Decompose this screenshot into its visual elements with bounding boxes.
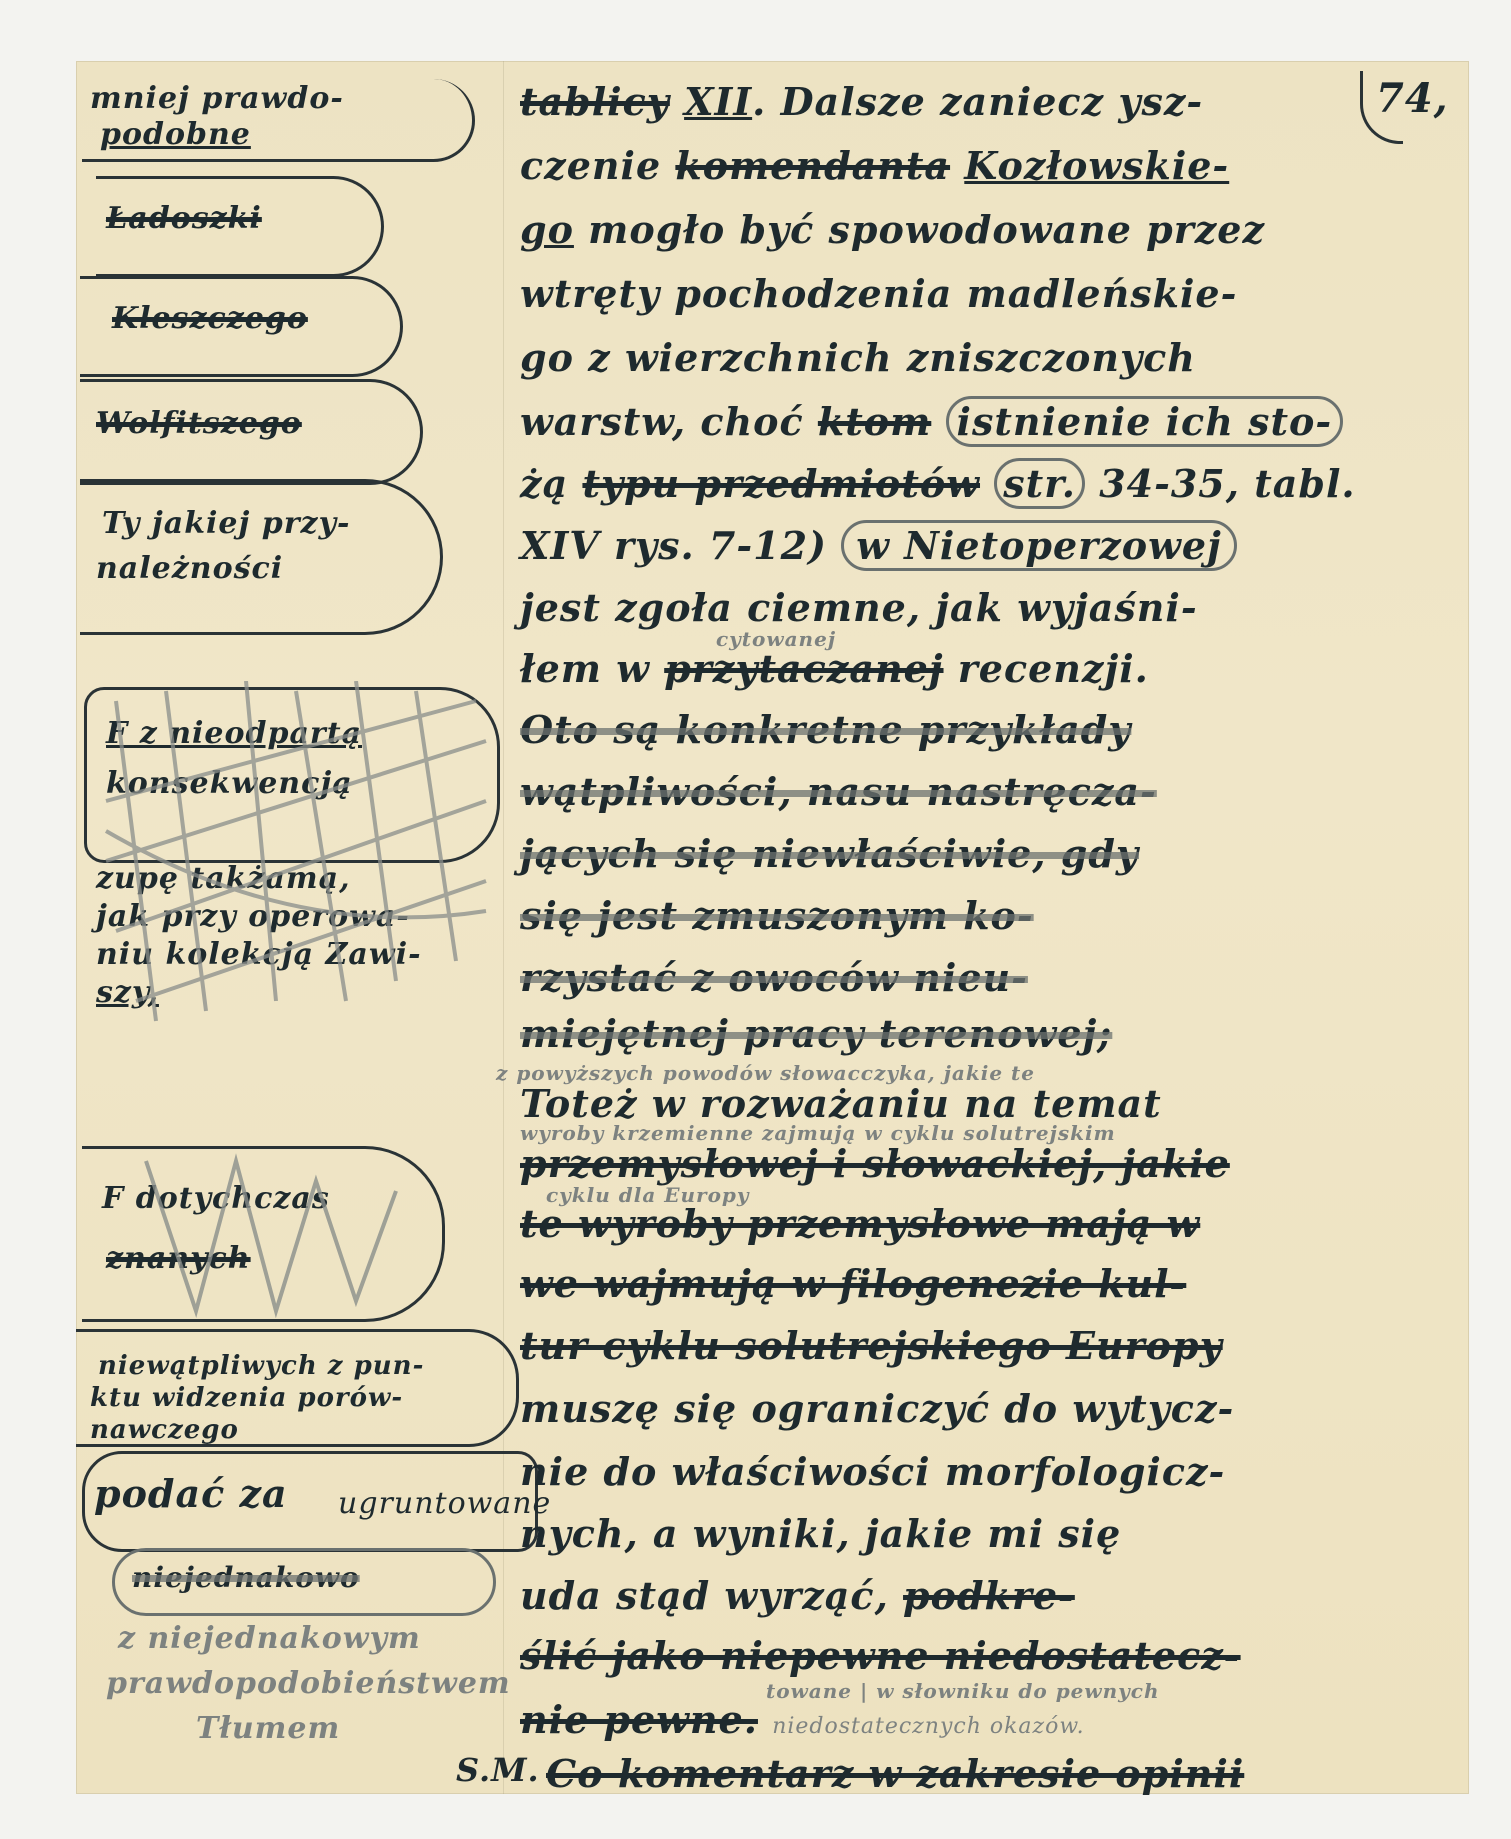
text-line-20: we wajmują w filogenezie kul- (520, 1261, 1186, 1306)
struck-phrase: nie pewne. (520, 1697, 758, 1742)
text-line-25: uda stąd wyrząć, podkre- (520, 1573, 1075, 1618)
text-line-15: rzystać z owoców nieu- (520, 955, 1028, 1000)
margin-note-11: niejednakowo (132, 1561, 360, 1594)
struck-word: podkre- (903, 1573, 1075, 1618)
text-line-13: jących się niewłaściwie, gdy (520, 831, 1139, 876)
struck-word: komendanta (675, 143, 950, 188)
text-fragment: żą (520, 461, 568, 506)
text-line-11: Oto są konkretne przykłady (520, 707, 1131, 752)
pencil-zigzag-scribble (136, 1151, 416, 1321)
text-line-22: muszę się ograniczyć do wytycz- (520, 1386, 1234, 1431)
margin-note-2: Ładoszki (106, 201, 262, 236)
circled-insertion: istnienie ich sto- (946, 396, 1344, 447)
margin-note-12-line2: prawdopodobieństwem (106, 1666, 511, 1701)
initials-signature: S.M. (456, 1751, 540, 1789)
margin-note-1-line2: podobne (100, 117, 251, 152)
margin-note-1: mniej prawdo- (90, 81, 344, 116)
text-line-4: wtręty pochodzenia madleńskie- (520, 271, 1237, 316)
margin-note-5-line2: należności (96, 551, 283, 586)
margin-note-5: Ty jakiej przy- (102, 506, 350, 541)
text-fragment: 34-35, tabl. (1099, 461, 1355, 506)
margin-note-9-line2: ktu widzenia porów- (90, 1383, 403, 1413)
manuscript-page: mniej prawdo- podobne Ładoszki Kleszczeg… (76, 61, 1469, 1794)
margin-note-12: z niejednakowym (118, 1621, 421, 1656)
underlined-word: Kozłowskie- (964, 143, 1229, 188)
text-line-12: wątpliwości, nasu nastręcza- (520, 769, 1157, 814)
text-fragment: warstw, choć (520, 399, 804, 444)
text-line-28: Co komentarz w zakresie opinii (546, 1751, 1244, 1796)
margin-note-10: podać za (94, 1471, 288, 1516)
margin-note-4: Wolfitszego (96, 406, 302, 441)
plate-number: XII (684, 79, 752, 124)
margin-note-3: Kleszczego (112, 301, 308, 336)
margin-note-12-line3: Tłumem (196, 1711, 340, 1746)
text-line-21: tur cyklu solutrejskiego Europy (520, 1323, 1223, 1368)
struck-word: ktom (818, 399, 931, 444)
struck-word: przytaczanej (664, 646, 943, 691)
pencil-crossout-scribble (96, 681, 496, 1041)
page-number-bracket (1360, 71, 1403, 144)
text-line-5: go z wierzchnich zniszczonych (520, 335, 1196, 380)
text-line-14: się jest zmuszonym ko- (520, 893, 1034, 938)
text-line-2: czenie komendanta Kozłowskie- (520, 143, 1229, 188)
margin-note-9: niewątpliwych z pun- (98, 1351, 424, 1381)
text-line-7: żą typu przedmiotów str. 34-35, tabl. (520, 461, 1356, 506)
text-line-10: łem w przytaczanej recenzji. (520, 646, 1149, 691)
margin-note-9-line3: nawczego (90, 1415, 239, 1445)
text-line-26: ślić jako niepewne niedostatecz- (520, 1633, 1241, 1678)
text-line-16: miejętnej pracy terenowej; (520, 1011, 1112, 1056)
text-line-18: przemysłowej i słowackiej, jakie (520, 1141, 1230, 1186)
text-line-8: XIV rys. 7-12) w Nietoperzowej (520, 523, 1237, 568)
text-line-23: nie do właściwości morfologicz- (520, 1449, 1225, 1494)
text-line-6: warstw, choć ktom istnienie ich sto- (520, 399, 1343, 444)
text-line-27: nie pewne. niedostatecznych okazów. (520, 1697, 1085, 1742)
text-line-19: te wyroby przemysłowe mają w (520, 1201, 1200, 1246)
text-line-3: go mogło być spowodowane przez (520, 207, 1265, 252)
text-line-24: nych, a wyniki, jakie mi się (520, 1511, 1121, 1556)
struck-phrase: typu przedmiotów (582, 461, 980, 506)
circled-insertion: w Nietoperzowej (841, 520, 1237, 571)
underlined-word: go (520, 207, 574, 252)
text-fragment: niedostatecznych okazów. (772, 1714, 1084, 1739)
text-line-9: jest zgoła ciemne, jak wyjaśni- (520, 585, 1198, 630)
circled-insertion: str. (994, 458, 1085, 509)
text-line-17: Toteż w rozważaniu na temat (520, 1081, 1162, 1126)
text-fragment: XIV rys. 7-12) (520, 523, 827, 568)
text-line-1: tablicy XII. Dalsze zaniecz ysz- (520, 79, 1203, 124)
struck-word: tablicy (520, 79, 670, 124)
